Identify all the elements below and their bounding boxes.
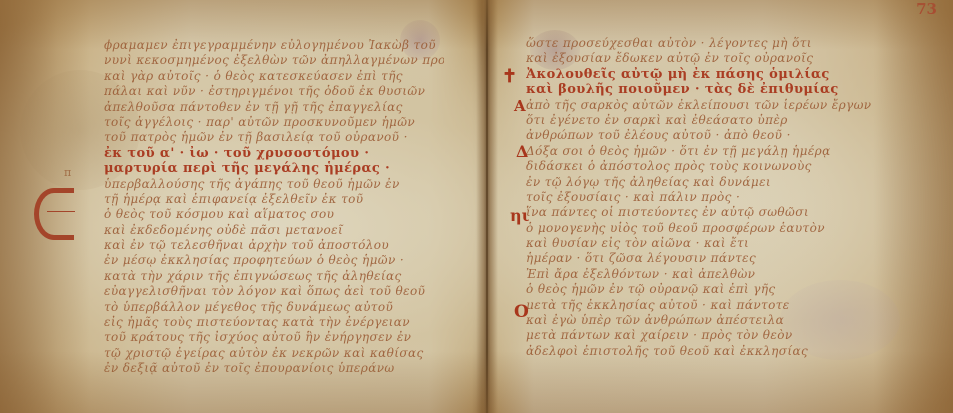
right-text-block: ὥστε προσεύχεσθαι αὐτὸν · λέγοντες μὴ ὅτ… [526,36,886,359]
text-line: ὁ θεὸς ἡμῶν ἐν τῷ οὐρανῷ καὶ ἐπὶ γῆς [526,282,886,297]
rubric-line: Ἀκολουθεῖς αὐτῷ μὴ ἐκ πάσης ὁμιλίας [526,67,886,82]
text-line: ἀπὸ τῆς σαρκὸς αὐτῶν ἐκλείπουσι τῶν ἱερέ… [526,98,886,113]
text-line: ἡμέραν · ὅτι ζῶσα λέγουσιν πάντες [526,251,886,266]
margin-note: π [64,166,71,179]
text-line: καὶ ἐξουσίαν ἔδωκεν αὐτῷ ἐν τοῖς οὐρανοῖ… [526,51,886,66]
text-line: τοῖς ἐξουσίαις · καὶ πάλιν πρὸς · [526,190,886,205]
text-line: καὶ ἐν τῷ τελεσθῆναι ἀρχὴν τοῦ ἀποστόλου [104,238,444,253]
text-line: καὶ γὰρ αὐτοῖς · ὁ θεὸς κατεσκεύασεν ἐπὶ… [104,69,444,84]
decorated-initial-epsilon [34,188,74,240]
text-line: τὸ ὑπερβάλλον μέγεθος τῆς δυνάμεως αὐτοῦ [104,300,444,315]
text-line: ὥστε προσεύχεσθαι αὐτὸν · λέγοντες μὴ ὅτ… [526,36,886,51]
text-line: πάλαι καὶ νῦν · ἐστηριγμένοι τῆς ὁδοῦ ἐκ… [104,84,444,99]
rubric-initial-alpha: Α [514,97,526,115]
rubric-cross-mark: ✝ [502,66,517,87]
text-line: καὶ ἐκδεδομένης οὐδὲ πᾶσι μετανοεῖ [104,223,444,238]
left-text-block: ϕραμαμεν ἐπιγεγραμμένην εὐλογημένου Ἰακὼ… [104,38,444,377]
rubric-initial-eta: ηι [510,206,529,225]
text-line: ϕραμαμεν ἐπιγεγραμμένην εὐλογημένου Ἰακὼ… [104,38,444,53]
text-line: ὑπερβαλλούσης τῆς ἀγάπης τοῦ θεοῦ ἡμῶν ἐ… [104,177,444,192]
rubric-line: μαρτυρία περὶ τῆς μεγάλης ἡμέρας · [104,161,444,176]
text-line: ὁ μονογενὴς υἱὸς τοῦ θεοῦ προσφέρων ἑαυτ… [526,221,886,236]
text-line: μετὰ πάντων καὶ χαίρειν · πρὸς τὸν θεὸν [526,328,886,343]
text-line: ἵνα πάντες οἱ πιστεύοντες ἐν αὐτῷ σωθῶσι [526,205,886,220]
text-line: ἀνθρώπων τοῦ ἐλέους αὐτοῦ · ἀπὸ θεοῦ · [526,128,886,143]
text-line: τοῦ κράτους τῆς ἰσχύος αὐτοῦ ἣν ἐνήργησε… [104,330,444,345]
text-line: Δόξα σοι ὁ θεὸς ἡμῶν · ὅτι ἐν τῇ μεγάλῃ … [526,144,886,159]
text-line: καὶ ἐγὼ ὑπὲρ τῶν ἀνθρώπων ἀπέστειλα [526,313,886,328]
text-line: ἀπελθοῦσα πάντοθεν ἐν τῇ γῇ τῆς ἐπαγγελί… [104,100,444,115]
text-line: ἐν δεξιᾷ αὐτοῦ ἐν τοῖς ἐπουρανίοις ὑπερά… [104,361,444,376]
text-line: τῇ ἡμέρᾳ καὶ ἐπιφανείᾳ ἐξελθεῖν ἐκ τοῦ [104,192,444,207]
rubric-initial-delta: Δ [516,142,528,161]
text-line: ὁ θεὸς τοῦ κόσμου καὶ αἵματος σου [104,207,444,222]
text-line: τῷ χριστῷ ἐγείρας αὐτὸν ἐκ νεκρῶν καὶ κα… [104,346,444,361]
text-line: ὅτι ἐγένετο ἐν σαρκὶ καὶ ἐθεάσατο ὑπὲρ [526,113,886,128]
left-page: ϕραμαμεν ἐπιγεγραμμένην εὐλογημένου Ἰακὼ… [0,0,478,413]
right-page: ὥστε προσεύχεσθαι αὐτὸν · λέγοντες μὴ ὅτ… [498,0,953,413]
manuscript-spread: ϕραμαμεν ἐπιγεγραμμένην εὐλογημένου Ἰακὼ… [0,0,953,413]
text-line: Ἐπὶ ἄρα ἐξελθόντων · καὶ ἀπελθὼν [526,267,886,282]
spine-fold [486,0,488,413]
text-line: ἀδελφοὶ ἐπιστολῆς τοῦ θεοῦ καὶ ἐκκλησίας [526,344,886,359]
text-line: εἰς ἡμᾶς τοὺς πιστεύοντας κατὰ τὴν ἐνέργ… [104,315,444,330]
text-line: νυνὶ κεκοσμημένος ἐξελθὼν τῶν ἀπηλλαγμέν… [104,53,444,68]
text-line: διδάσκει ὁ ἀπόστολος πρὸς τοὺς κοινωνοὺς [526,159,886,174]
text-line: εὐαγγελισθῆναι τὸν λόγον καὶ ὅπως ἀεὶ το… [104,284,444,299]
text-line: ἐν τῷ λόγῳ τῆς ἀληθείας καὶ δυνάμει [526,175,886,190]
rubric-line: καὶ βουλῆς ποιοῦμεν · τὰς δὲ ἐπιθυμίας [526,82,886,97]
text-line: τοῦ πατρὸς ἡμῶν ἐν τῇ βασιλείᾳ τοῦ οὐραν… [104,130,444,145]
text-line: κατὰ τὴν χάριν τῆς ἐπιγνώσεως τῆς ἀληθεί… [104,269,444,284]
text-line: μετὰ τῆς ἐκκλησίας αὐτοῦ · καὶ πάντοτε [526,298,886,313]
text-line: ἐν μέσῳ ἐκκλησίας προφητεύων ὁ θεὸς ἡμῶν… [104,253,444,268]
rubric-initial-omicron: Ο [514,302,529,322]
text-line: καὶ θυσίαν εἰς τὸν αἰῶνα · καὶ ἔτι [526,236,886,251]
rubric-line: ἐκ τοῦ α' · ἰω · τοῦ χρυσοστόμου · [104,146,444,161]
folio-number: 73 [916,0,937,18]
text-line: τοῖς ἀγγέλοις · παρ' αὐτῶν προσκυνοῦμεν … [104,115,444,130]
